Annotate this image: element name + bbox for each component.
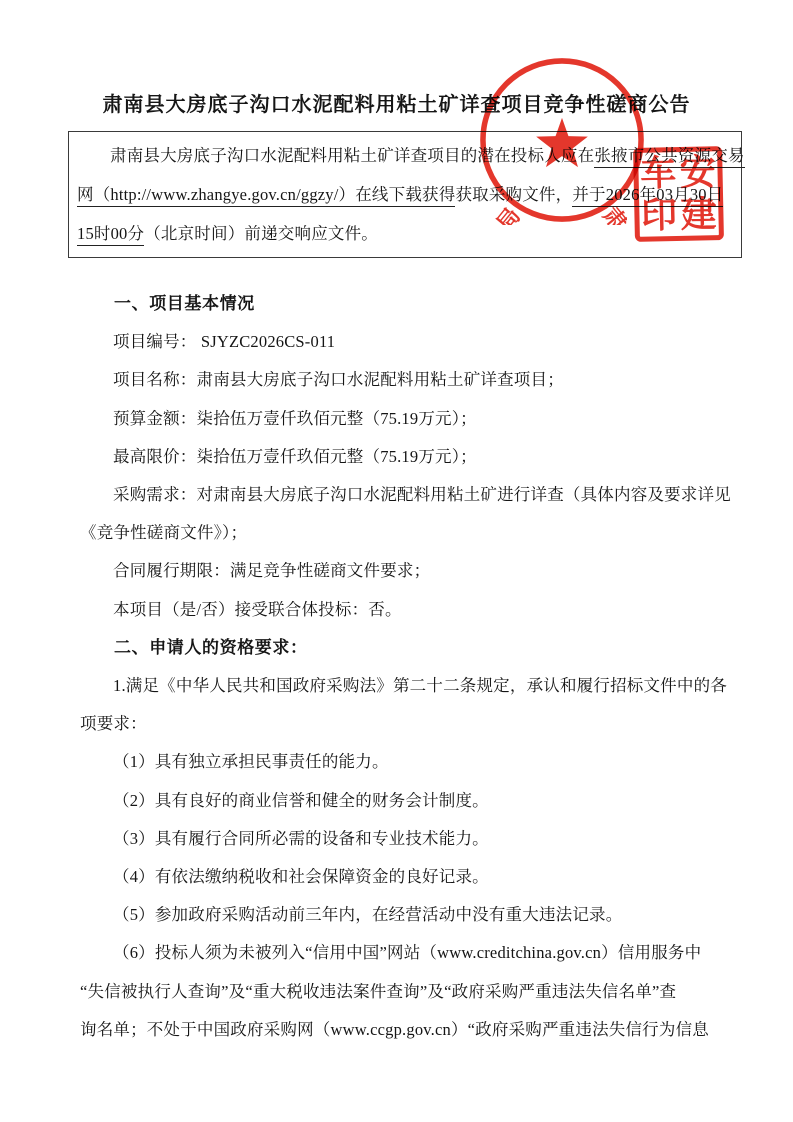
document-body: 一、项目基本情况项目编号： SJYZC2026CS-011项目名称：肃南县大房底… [80, 285, 713, 1049]
square-name-seal: 车 安 印 建 [633, 146, 724, 242]
body-line: 合同履行期限：满足竞争性磋商文件要求； [80, 552, 713, 590]
body-line: 本项目（是/否）接受联合体投标：否。 [80, 591, 713, 629]
body-line: 《竞争性磋商文件》）； [80, 514, 713, 552]
body-line: 预算金额：柒拾伍万壹仟玖佰元整（75.19万元）； [80, 400, 713, 438]
page-title: 肃南县大房底子沟口水泥配料用粘土矿详查项目竞争性磋商公告 [0, 88, 793, 117]
underlined-text: 15时00分 [77, 224, 144, 246]
body-line: （6）投标人须为未被列入“信用中国”网站（www.creditchina.gov… [80, 934, 713, 972]
body-line: 采购需求：对肃南县大房底子沟口水泥配料用粘土矿进行详查（具体内容及要求详见 [80, 476, 713, 514]
body-line: 项目编号： SJYZC2026CS-011 [80, 323, 713, 361]
round-official-seal: 肃南裕固族自治县自然资源局 [477, 55, 647, 225]
seal-char: 建 [679, 193, 719, 236]
seal-char: 车 [638, 152, 678, 195]
body-line: 1.满足《中华人民共和国政府采购法》第二十二条规定，承认和履行招标文件中的各 [80, 667, 713, 705]
body-line: （3）具有履行合同所必需的设备和专业技术能力。 [80, 820, 713, 858]
body-line: 项目名称：肃南县大房底子沟口水泥配料用粘土矿详查项目； [80, 361, 713, 399]
body-line: （4）有依法缴纳税收和社会保障资金的良好记录。 [80, 858, 713, 896]
section-heading: 一、项目基本情况 [80, 285, 713, 323]
section-heading: 二、申请人的资格要求： [80, 629, 713, 667]
body-line: （5）参加政府采购活动前三年内，在经营活动中没有重大违法记录。 [80, 896, 713, 934]
plain-text: （北京时间）前递交响应文件。 [144, 224, 378, 243]
body-line: “失信被执行人查询”及“重大税收违法案件查询”及“政府采购严重违法失信名单”查 [80, 973, 713, 1011]
seal-char: 印 [639, 194, 679, 237]
underlined-text: 网（http://www.zhangye.gov.cn/ggzy/）在线下载获得 [77, 185, 455, 207]
body-line: 询名单；不处于中国政府采购网（www.ccgp.gov.cn）“政府采购严重违法… [80, 1011, 713, 1049]
star-icon [536, 118, 588, 167]
body-line: （2）具有良好的商业信誉和健全的财务会计制度。 [80, 782, 713, 820]
seal-char: 安 [678, 151, 718, 194]
body-line: （1）具有独立承担民事责任的能力。 [80, 743, 713, 781]
body-line: 最高限价：柒拾伍万壹仟玖佰元整（75.19万元）； [80, 438, 713, 476]
document-page: 肃南县大房底子沟口水泥配料用粘土矿详查项目竞争性磋商公告 肃南县大房底子沟口水泥… [0, 0, 793, 1122]
body-line: 项要求： [80, 705, 713, 743]
